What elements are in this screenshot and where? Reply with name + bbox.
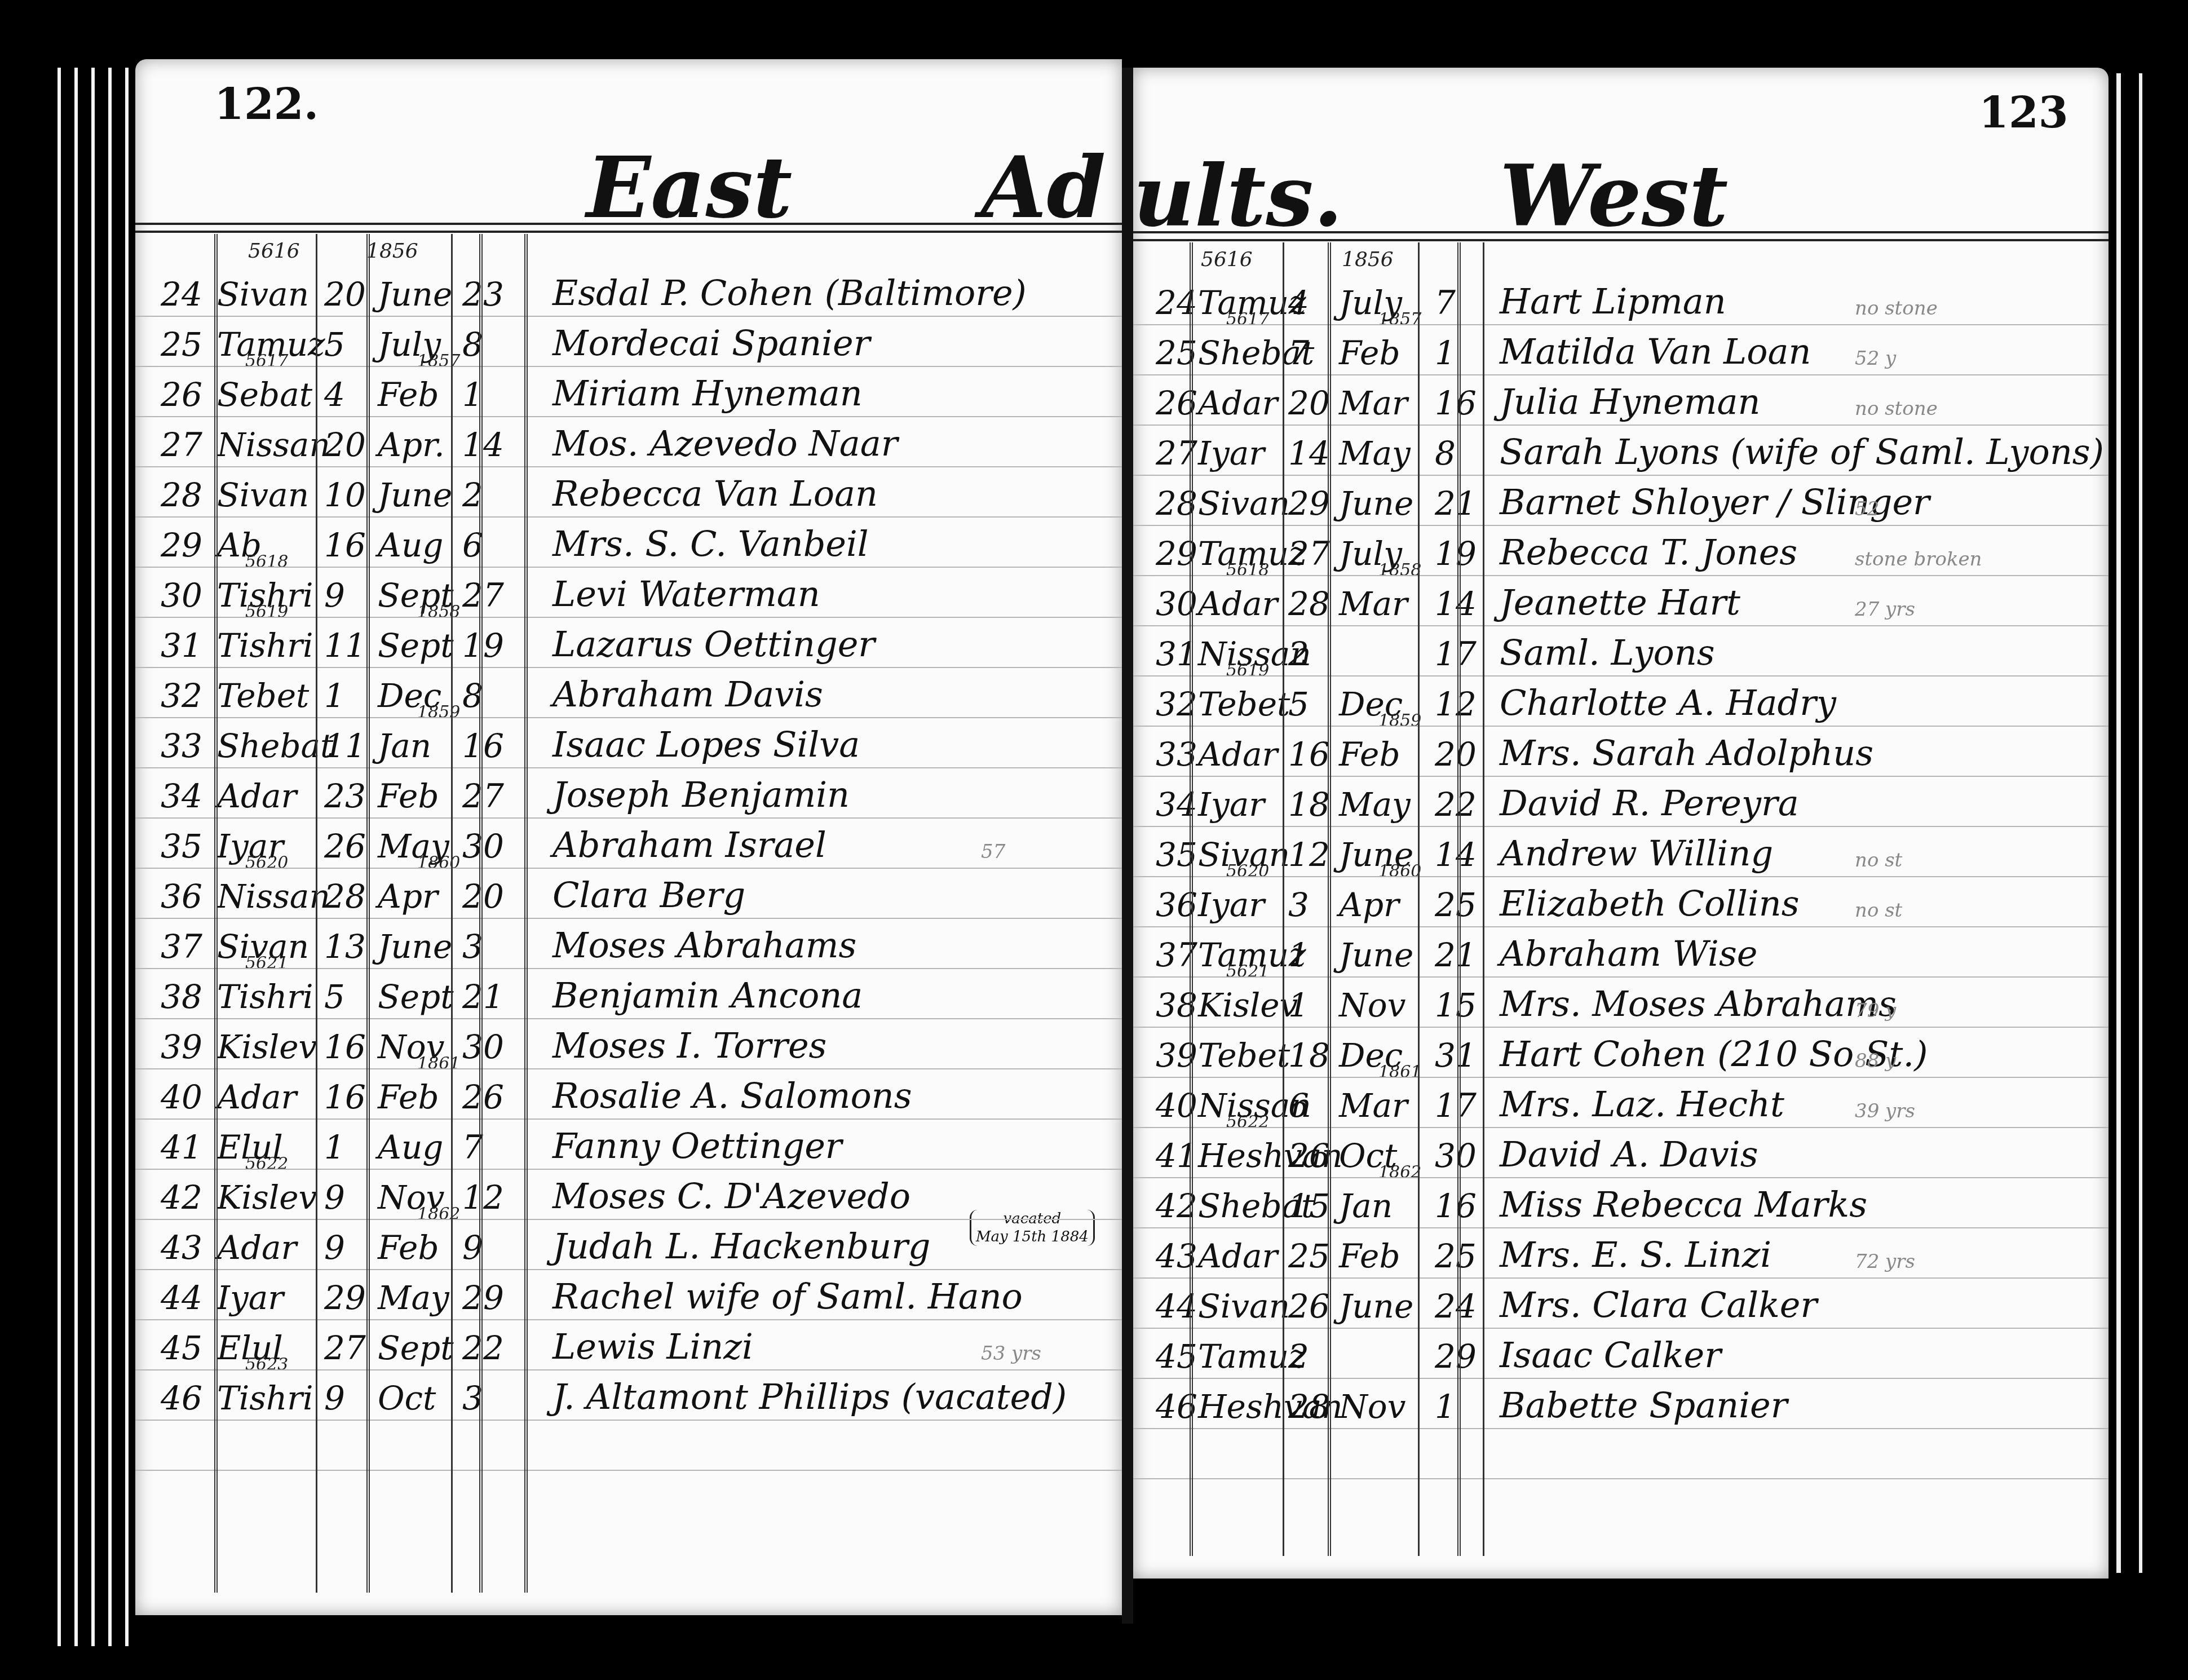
hebrew-month: Sivan — [217, 476, 309, 514]
hebrew-day: 26 — [324, 827, 366, 865]
margin-annotation: 72 yrs — [1855, 1250, 1915, 1273]
deceased-name: Abraham Wise — [1500, 933, 1757, 974]
deceased-name: Mrs. Laz. Hecht — [1500, 1084, 1784, 1125]
civil-month: Feb — [378, 1078, 439, 1116]
column-rule — [316, 234, 317, 1593]
deceased-name: David R. Pereyra — [1500, 782, 1799, 824]
ruled-line — [1133, 575, 2109, 576]
table-row: 32Tebet5Dec12Charlotte A. Hadry5619 — [1133, 678, 2109, 727]
page-number: 123 — [1979, 87, 2068, 138]
hebrew-day: 1 — [1288, 986, 1309, 1024]
hebrew-day: 11 — [324, 626, 366, 665]
column-rule — [524, 234, 528, 1593]
civil-year-header: 1856 — [1342, 248, 1394, 271]
deceased-name: Mos. Azevedo Naar — [552, 423, 898, 464]
deceased-name: Mordecai Spanier — [552, 322, 870, 364]
civil-day: 23 — [462, 275, 504, 313]
entry-number: 24 — [161, 275, 202, 313]
column-rule — [1328, 242, 1331, 1556]
deceased-name: Babette Spanier — [1500, 1385, 1787, 1426]
table-row: 38Tishri5Sept21Benjamin Ancona5621 — [135, 970, 1122, 1019]
deceased-name: Miriam Hyneman — [552, 373, 863, 414]
civil-month: Feb — [1339, 334, 1400, 372]
hebrew-day: 9 — [324, 1178, 345, 1217]
hebrew-month: Tebet — [217, 677, 309, 715]
entry-number: 37 — [161, 927, 202, 966]
ruled-line — [135, 1470, 1122, 1471]
ruled-line — [135, 918, 1122, 919]
hebrew-month: Adar — [217, 777, 297, 815]
ruled-line — [135, 466, 1122, 467]
deceased-name: Isaac Calker — [1500, 1334, 1721, 1376]
ruled-line — [135, 516, 1122, 518]
deceased-name: Moses Abrahams — [552, 925, 856, 966]
entry-number: 26 — [161, 375, 202, 414]
entry-number: 44 — [161, 1279, 202, 1317]
entry-number: 34 — [161, 777, 202, 815]
ruled-line — [1133, 525, 2109, 526]
hebrew-month: Nissan — [217, 877, 330, 916]
deceased-name: Sarah Lyons (wife of Saml. Lyons) — [1500, 431, 2104, 472]
civil-month: Mar — [1339, 1086, 1408, 1125]
column-rule — [214, 234, 218, 1593]
table-row: 36Nissan28Apr20Clara Berg56201860 — [135, 870, 1122, 919]
header-rule — [1133, 231, 2109, 241]
ruled-line — [135, 1018, 1122, 1019]
civil-month: Feb — [378, 375, 439, 414]
civil-month: Apr. — [378, 426, 445, 464]
civil-year-marker: 1857 — [417, 351, 460, 371]
hebrew-day: 27 — [324, 1329, 366, 1367]
civil-month: May — [1339, 434, 1411, 472]
table-row: 44Sivan26June24Mrs. Clara Calker — [1133, 1280, 2109, 1329]
civil-day: 19 — [462, 626, 504, 665]
deceased-name: Abraham Davis — [552, 674, 823, 715]
deceased-name: Matilda Van Loan — [1500, 331, 1811, 372]
hebrew-day: 14 — [1288, 434, 1330, 472]
table-row: 28Sivan10June2Rebecca Van Loan — [135, 468, 1122, 518]
ruled-line — [135, 667, 1122, 668]
ruled-line — [1133, 324, 2109, 325]
civil-month: Feb — [1339, 735, 1400, 773]
deceased-name: Lazarus Oettinger — [552, 624, 875, 665]
column-rule — [366, 234, 370, 1593]
civil-year-marker: 1858 — [417, 602, 460, 622]
entry-number: 25 — [161, 325, 202, 364]
civil-month: Mar — [1339, 384, 1408, 422]
header-rule — [135, 223, 1122, 233]
hebrew-day: 9 — [324, 576, 345, 614]
table-row: 36Iyar3Apr25Elizabeth Collins56201860no … — [1133, 878, 2109, 927]
civil-month: Feb — [1339, 1237, 1400, 1275]
hebrew-month: Sivan — [1198, 484, 1290, 523]
civil-year-marker: 1857 — [1378, 310, 1421, 329]
hebrew-day: 26 — [1288, 1137, 1330, 1175]
deceased-name: Moses I. Torres — [552, 1025, 826, 1066]
table-row: 24Tamuz4July7Hart Lipmanno stone — [1133, 276, 2109, 325]
civil-day: 25 — [1435, 886, 1477, 924]
civil-day: 29 — [462, 1279, 504, 1317]
civil-day: 20 — [1435, 735, 1477, 773]
ruled-line — [135, 1269, 1122, 1270]
hebrew-day: 5 — [1288, 685, 1309, 723]
civil-day: 8 — [1435, 434, 1456, 472]
hebrew-day: 26 — [1288, 1287, 1330, 1325]
table-row: 35Sivan12June14Andrew Willingno st — [1133, 828, 2109, 877]
margin-annotation: no st — [1855, 849, 1902, 872]
deceased-name: Fanny Oettinger — [552, 1125, 842, 1166]
civil-day: 16 — [462, 727, 504, 765]
ruled-line — [1133, 1378, 2109, 1379]
column-rule — [1418, 242, 1420, 1556]
hebrew-month: Iyar — [1198, 886, 1265, 924]
civil-year-marker: 1859 — [417, 702, 460, 722]
hebrew-day: 18 — [1288, 1036, 1330, 1075]
hebrew-month: Kislev — [217, 1028, 317, 1066]
hebrew-month: Adar — [1198, 1237, 1278, 1275]
civil-day: 21 — [1435, 936, 1477, 974]
deceased-name: Rebecca T. Jones — [1500, 532, 1797, 573]
table-row: 26Adar20Mar16Julia Hynemanno stone — [1133, 377, 2109, 426]
ruled-line — [1133, 625, 2109, 626]
table-row: 40Adar16Feb26Rosalie A. Salomons1861 — [135, 1071, 1122, 1120]
table-row: 31Nissan217Saml. Lyons — [1133, 627, 2109, 677]
hebrew-month: Sebat — [217, 375, 312, 414]
deceased-name: Mrs. Moses Abrahams — [1500, 983, 1897, 1024]
entry-number: 43 — [161, 1228, 202, 1267]
deceased-name: Levi Waterman — [552, 573, 820, 614]
table-row: 24Sivan20June23Esdal P. Cohen (Baltimore… — [135, 268, 1122, 317]
ruled-line — [1133, 726, 2109, 727]
civil-day: 17 — [1435, 635, 1477, 673]
ruled-line — [1133, 926, 2109, 927]
hebrew-month: Iyar — [1198, 434, 1265, 472]
civil-day: 27 — [462, 777, 504, 815]
hebrew-month: Sivan — [1198, 1287, 1290, 1325]
table-row: 42Shebat15Jan16Miss Rebecca Marks1862 — [1133, 1179, 2109, 1228]
column-rule — [1190, 242, 1193, 1556]
entry-number: 33 — [161, 727, 202, 765]
table-row: 46Tishri9Oct3J. Altamont Phillips (vacat… — [135, 1372, 1122, 1421]
margin-annotation: no stone — [1855, 297, 1938, 320]
hebrew-day: 15 — [1288, 1187, 1330, 1225]
civil-day: 26 — [462, 1078, 504, 1116]
ledger-scan: 122. East Ad 5616 1856 24Sivan20June23Es… — [0, 0, 2188, 1680]
civil-day: 16 — [1435, 1187, 1477, 1225]
ruled-line — [135, 767, 1122, 768]
ruled-line — [1133, 976, 2109, 978]
hebrew-day: 20 — [324, 275, 366, 313]
table-row: 45Tamuz229Isaac Calker — [1133, 1330, 2109, 1379]
hebrew-month: Adar — [1198, 384, 1278, 422]
deceased-name: Lewis Linzi — [552, 1326, 753, 1367]
margin-annotation: 27 yrs — [1855, 598, 1915, 621]
table-row: 27Iyar14May8Sarah Lyons (wife of Saml. L… — [1133, 427, 2109, 476]
deceased-name: Rosalie A. Salomons — [552, 1075, 912, 1116]
deceased-name: David A. Davis — [1500, 1134, 1758, 1175]
ruled-line — [1133, 425, 2109, 426]
civil-month: Sept — [378, 626, 454, 665]
table-row: 28Sivan29June21Barnet Shloyer / Slinger5… — [1133, 477, 2109, 526]
deceased-name: Judah L. Hackenburg — [552, 1226, 931, 1267]
hebrew-month: Tebet — [1198, 1036, 1290, 1075]
civil-day: 20 — [462, 877, 504, 916]
table-row: 25Shebat7Feb1Matilda Van Loan5617185752 … — [1133, 326, 2109, 375]
margin-annotation: 39 yrs — [1855, 1100, 1915, 1122]
hebrew-day: 1 — [324, 677, 345, 715]
civil-day: 22 — [1435, 785, 1477, 824]
ruled-line — [1133, 1127, 2109, 1128]
table-row: 33Shebat11Jan16Isaac Lopes Silva1859 — [135, 719, 1122, 768]
left-page: 122. East Ad 5616 1856 24Sivan20June23Es… — [135, 59, 1122, 1615]
hebrew-month: Adar — [217, 1228, 297, 1267]
hebrew-day: 3 — [1288, 886, 1309, 924]
deceased-name: Abraham Israel — [552, 824, 826, 865]
civil-year-marker: 1862 — [417, 1204, 460, 1224]
table-row: 37Tamuz1June21Abraham Wise — [1133, 929, 2109, 978]
civil-day: 15 — [1435, 986, 1477, 1024]
civil-month: May — [378, 1279, 449, 1317]
entry-number: 35 — [161, 827, 202, 865]
hebrew-day: 10 — [324, 476, 366, 514]
table-row: 39Kislev16Nov30Moses I. Torres — [135, 1020, 1122, 1069]
civil-day: 21 — [462, 978, 504, 1016]
entry-number: 32 — [161, 677, 202, 715]
civil-day: 1 — [1435, 1387, 1456, 1426]
civil-month: Jan — [378, 727, 431, 765]
entry-number: 41 — [161, 1128, 202, 1166]
civil-year-header: 1856 — [366, 240, 418, 263]
civil-month: Apr — [378, 877, 438, 916]
hebrew-day: 1 — [324, 1128, 345, 1166]
civil-month: Aug — [378, 1128, 443, 1166]
deceased-name: Clara Berg — [552, 874, 745, 916]
civil-month: Feb — [378, 777, 439, 815]
deceased-name: Charlotte A. Hadry — [1500, 682, 1836, 723]
entry-number: 27 — [161, 426, 202, 464]
entry-number: 42 — [161, 1178, 202, 1217]
hebrew-day: 29 — [1288, 484, 1330, 523]
ruled-line — [135, 1118, 1122, 1120]
table-row: 39Tebet18Dec31Hart Cohen (210 So St.)88 … — [1133, 1029, 2109, 1078]
deceased-name: Saml. Lyons — [1500, 632, 1715, 673]
hebrew-day: 5 — [324, 325, 345, 364]
civil-day: 16 — [1435, 384, 1477, 422]
civil-month: June — [1339, 936, 1413, 974]
vacated-note: vacatedMay 15th 1884 — [970, 1210, 1095, 1246]
deceased-name: Mrs. Sarah Adolphus — [1500, 732, 1873, 773]
civil-day: 7 — [1435, 284, 1456, 322]
civil-day: 27 — [462, 576, 504, 614]
ruled-line — [1133, 1428, 2109, 1429]
margin-annotation: no st — [1855, 899, 1902, 922]
hebrew-day: 13 — [324, 927, 366, 966]
table-row: 27Nissan20Apr.14Mos. Azevedo Naar — [135, 418, 1122, 467]
ruled-line — [1133, 1277, 2109, 1279]
hebrew-year-marker: 5622 — [245, 1154, 288, 1174]
margin-annotation: no stone — [1855, 397, 1938, 420]
ruled-line — [135, 366, 1122, 367]
hebrew-day: 28 — [1288, 1387, 1330, 1426]
margin-annotation: 53 yrs — [981, 1342, 1041, 1365]
deceased-name: Isaac Lopes Silva — [552, 724, 860, 765]
hebrew-month: Tishri — [217, 1379, 313, 1417]
civil-day: 14 — [462, 426, 504, 464]
margin-annotation: 88 y — [1855, 1050, 1896, 1072]
center-gutter — [1122, 68, 1133, 1624]
table-row: 34Adar23Feb27Joseph Benjamin — [135, 770, 1122, 819]
hebrew-day: 12 — [1288, 835, 1330, 874]
entry-number: 38 — [161, 978, 202, 1016]
civil-day: 14 — [1435, 835, 1477, 874]
ruled-line — [1133, 1027, 2109, 1028]
deceased-name: Mrs. E. S. Linzi — [1500, 1234, 1771, 1275]
margin-annotation: stone broken — [1855, 548, 1982, 571]
civil-day: 30 — [462, 1028, 504, 1066]
civil-day: 24 — [1435, 1287, 1477, 1325]
ruled-line — [1133, 776, 2109, 777]
hebrew-month: Adar — [217, 1078, 297, 1116]
civil-month: June — [378, 275, 452, 313]
ruled-line — [135, 717, 1122, 718]
hebrew-day: 16 — [324, 1078, 366, 1116]
hebrew-month: Tishri — [217, 978, 313, 1016]
hebrew-day: 16 — [324, 1028, 366, 1066]
civil-year-marker: 1860 — [417, 853, 460, 873]
hebrew-month: Iyar — [217, 1279, 284, 1317]
hebrew-month: Nissan — [217, 426, 330, 464]
entry-number: 39 — [161, 1028, 202, 1066]
civil-month: June — [1339, 1287, 1413, 1325]
hebrew-day: 28 — [1288, 585, 1330, 623]
civil-day: 22 — [462, 1329, 504, 1367]
ruled-line — [1133, 876, 2109, 877]
entry-number: 40 — [161, 1078, 202, 1116]
ruled-line — [135, 567, 1122, 568]
civil-year-marker: 1860 — [1378, 861, 1421, 881]
deceased-name: Miss Rebecca Marks — [1500, 1184, 1867, 1225]
hebrew-day: 5 — [324, 978, 345, 1016]
civil-month: Oct — [378, 1379, 436, 1417]
ruled-line — [135, 817, 1122, 819]
table-row: 41Heshvan26Oct30David A. Davis5622 — [1133, 1129, 2109, 1178]
hebrew-year-marker: 5620 — [245, 853, 288, 873]
table-row: 31Tishri11Sept19Lazarus Oettinger5619185… — [135, 619, 1122, 668]
table-row: 46Heshvan28Nov1Babette Spanier — [1133, 1380, 2109, 1429]
civil-day: 19 — [1435, 534, 1477, 573]
ruled-line — [1133, 1227, 2109, 1228]
margin-annotation: 52 y — [1855, 347, 1896, 370]
hebrew-day: 9 — [324, 1379, 345, 1417]
hebrew-year-marker: 5620 — [1226, 861, 1269, 881]
right-page: 123 ults. West 5616 1856 24Tamuz4July7Ha… — [1133, 68, 2109, 1579]
hebrew-month: Tishri — [217, 626, 313, 665]
civil-day: 12 — [462, 1178, 504, 1217]
entry-number: 30 — [161, 576, 202, 614]
hebrew-day: 28 — [324, 877, 366, 916]
deceased-name: Mrs. Clara Calker — [1500, 1284, 1817, 1325]
deceased-name: Rebecca Van Loan — [552, 473, 878, 514]
civil-month: Mar — [1339, 585, 1408, 623]
entry-number: 46 — [161, 1379, 202, 1417]
hebrew-year-marker: 5618 — [1226, 560, 1269, 580]
hebrew-month: Adar — [1198, 735, 1278, 773]
ruled-line — [1133, 1177, 2109, 1178]
civil-day: 1 — [1435, 334, 1456, 372]
civil-year-marker: 1859 — [1378, 711, 1421, 731]
hebrew-year-header: 5616 — [1201, 248, 1253, 271]
hebrew-month: Iyar — [1198, 785, 1265, 824]
column-rule — [1483, 242, 1484, 1556]
hebrew-day: 18 — [1288, 785, 1330, 824]
civil-month: Jan — [1339, 1187, 1393, 1225]
table-row: 38Kislev1Nov15Mrs. Moses Abrahams562179 … — [1133, 979, 2109, 1028]
civil-month: Nov — [1339, 1387, 1405, 1426]
ruled-line — [135, 868, 1122, 869]
ruled-line — [1133, 1478, 2109, 1479]
civil-month: Feb — [378, 1228, 439, 1267]
table-row: 34Iyar18May22David R. Pereyra — [1133, 778, 2109, 827]
right-binding-edge — [2109, 73, 2142, 1573]
deceased-name: Julia Hyneman — [1500, 381, 1761, 422]
table-row: 44Iyar29May29Rachel wife of Saml. Hano — [135, 1271, 1122, 1320]
ruled-line — [135, 416, 1122, 417]
deceased-name: Moses C. D'Azevedo — [552, 1175, 910, 1217]
civil-month: June — [1339, 484, 1413, 523]
ruled-line — [1133, 1328, 2109, 1329]
margin-annotation: 52 — [1855, 498, 1879, 520]
civil-day: 21 — [1435, 484, 1477, 523]
civil-day: 14 — [1435, 585, 1477, 623]
hebrew-day: 29 — [324, 1279, 366, 1317]
civil-month: June — [378, 927, 452, 966]
civil-year-marker: 1861 — [417, 1054, 460, 1073]
table-row: 26Sebat4Feb1Miriam Hyneman56171857 — [135, 368, 1122, 417]
margin-annotation: 57 — [981, 841, 1005, 863]
left-binding-edge — [51, 68, 130, 1646]
entry-number: 29 — [161, 526, 202, 564]
ruled-line — [135, 1319, 1122, 1320]
hebrew-year-marker: 5619 — [245, 602, 288, 622]
hebrew-year-marker: 5618 — [245, 552, 288, 572]
hebrew-day: 6 — [1288, 1086, 1309, 1125]
deceased-name: Joseph Benjamin — [552, 774, 850, 815]
ruled-line — [1133, 675, 2109, 677]
hebrew-month: Sivan — [217, 275, 309, 313]
hebrew-day: 27 — [1288, 534, 1330, 573]
vacated-date: May 15th 1884 — [976, 1228, 1089, 1246]
civil-month: May — [1339, 785, 1411, 824]
hebrew-day: 7 — [1288, 334, 1309, 372]
hebrew-year-marker: 5622 — [1226, 1112, 1269, 1132]
table-row: 40Nissan6Mar17Mrs. Laz. Hecht186139 yrs — [1133, 1079, 2109, 1128]
page-number: 122. — [214, 79, 319, 129]
entry-number: 36 — [161, 877, 202, 916]
hebrew-day: 20 — [1288, 384, 1330, 422]
civil-day: 25 — [1435, 1237, 1477, 1275]
table-row: 33Adar16Feb20Mrs. Sarah Adolphus1859 — [1133, 728, 2109, 777]
ruled-line — [1133, 374, 2109, 375]
entry-number: 45 — [161, 1329, 202, 1367]
civil-day: 17 — [1435, 1086, 1477, 1125]
hebrew-day: 2 — [1288, 1337, 1309, 1376]
civil-month: Sept — [378, 978, 454, 1016]
table-row: 30Adar28Mar14Jeanette Hart5618185827 yrs — [1133, 577, 2109, 626]
hebrew-day: 25 — [1288, 1237, 1330, 1275]
entry-number: 31 — [161, 626, 202, 665]
hebrew-year-marker: 5623 — [245, 1355, 288, 1374]
hebrew-day: 23 — [324, 777, 366, 815]
